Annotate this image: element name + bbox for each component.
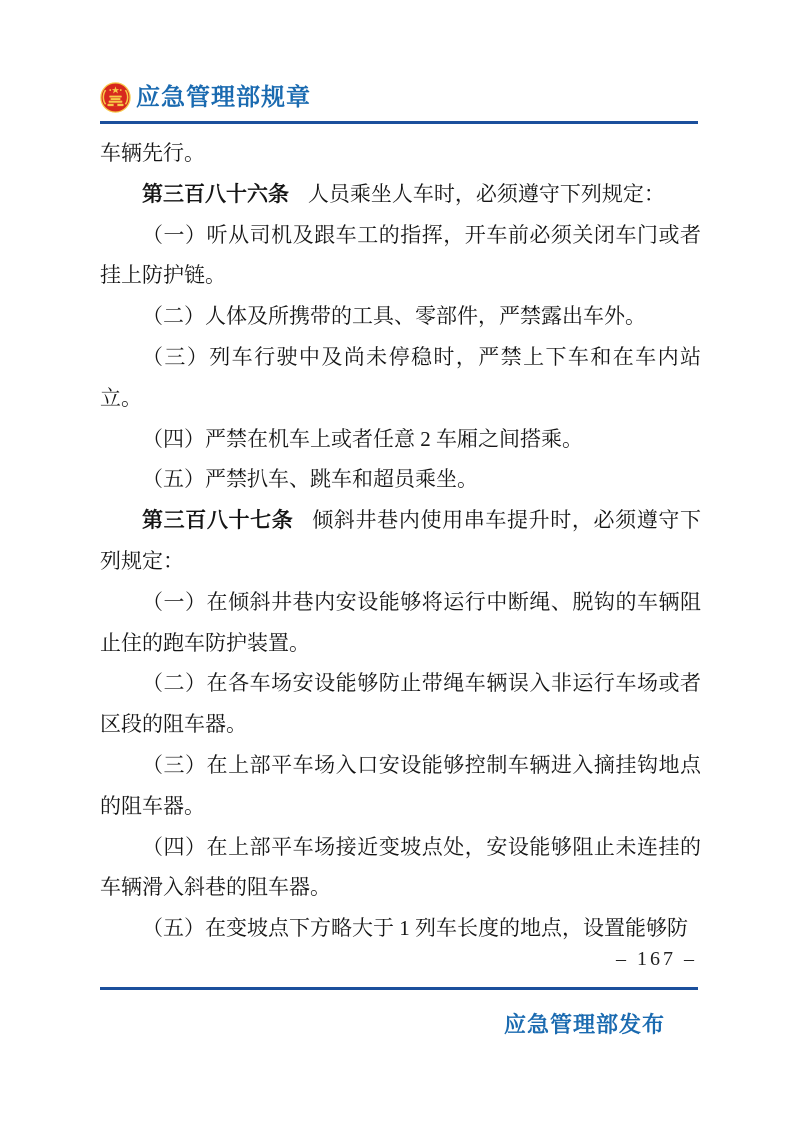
page-header: 应急管理部规章 [100,82,698,124]
body-paragraph: （二）在各车场安设能够防止带绳车辆误入非运行车场或者区段的阻车器。 [100,663,701,745]
header-rule [100,121,698,124]
body-paragraph: 车辆先行。 [100,133,701,174]
article-number: 第三百八十七条 [142,508,293,532]
body-paragraph: （三）列车行驶中及尚未停稳时，严禁上下车和在车内站立。 [100,337,701,419]
publisher-label: 应急管理部发布 [504,1008,665,1039]
article-paragraph: 第三百八十六条人员乘坐人车时，必须遵守下列规定： [100,174,701,215]
body-paragraph: （二）人体及所携带的工具、零部件，严禁露出车外。 [100,296,701,337]
footer-rule [100,987,698,990]
article-text: 人员乘坐人车时，必须遵守下列规定： [308,182,665,206]
page-header-title: 应急管理部规章 [136,82,311,113]
body-paragraph: （五）在变坡点下方略大于 1 列车长度的地点，设置能够防 [100,908,701,949]
body-paragraph: （四）严禁在机车上或者任意 2 车厢之间搭乘。 [100,419,701,460]
body-paragraph: （三）在上部平车场入口安设能够控制车辆进入摘挂钩地点的阻车器。 [100,745,701,827]
article-paragraph: 第三百八十七条倾斜井巷内使用串车提升时，必须遵守下列规定： [100,500,701,582]
body-paragraph: （一）在倾斜井巷内安设能够将运行中断绳、脱钩的车辆阻止住的跑车防护装置。 [100,582,701,664]
document-body: 车辆先行。 第三百八十六条人员乘坐人车时，必须遵守下列规定： （一）听从司机及跟… [100,133,701,949]
page-number: – 167 – [616,948,697,971]
article-number: 第三百八十六条 [142,182,289,206]
body-paragraph: （一）听从司机及跟车工的指挥，开车前必须关闭车门或者挂上防护链。 [100,215,701,297]
document-page: 应急管理部规章 车辆先行。 第三百八十六条人员乘坐人车时，必须遵守下列规定： （… [0,0,793,1122]
body-paragraph: （五）严禁扒车、跳车和超员乘坐。 [100,459,701,500]
china-national-emblem-icon [100,82,131,113]
body-paragraph: （四）在上部平车场接近变坡点处，安设能够阻止未连挂的车辆滑入斜巷的阻车器。 [100,827,701,909]
